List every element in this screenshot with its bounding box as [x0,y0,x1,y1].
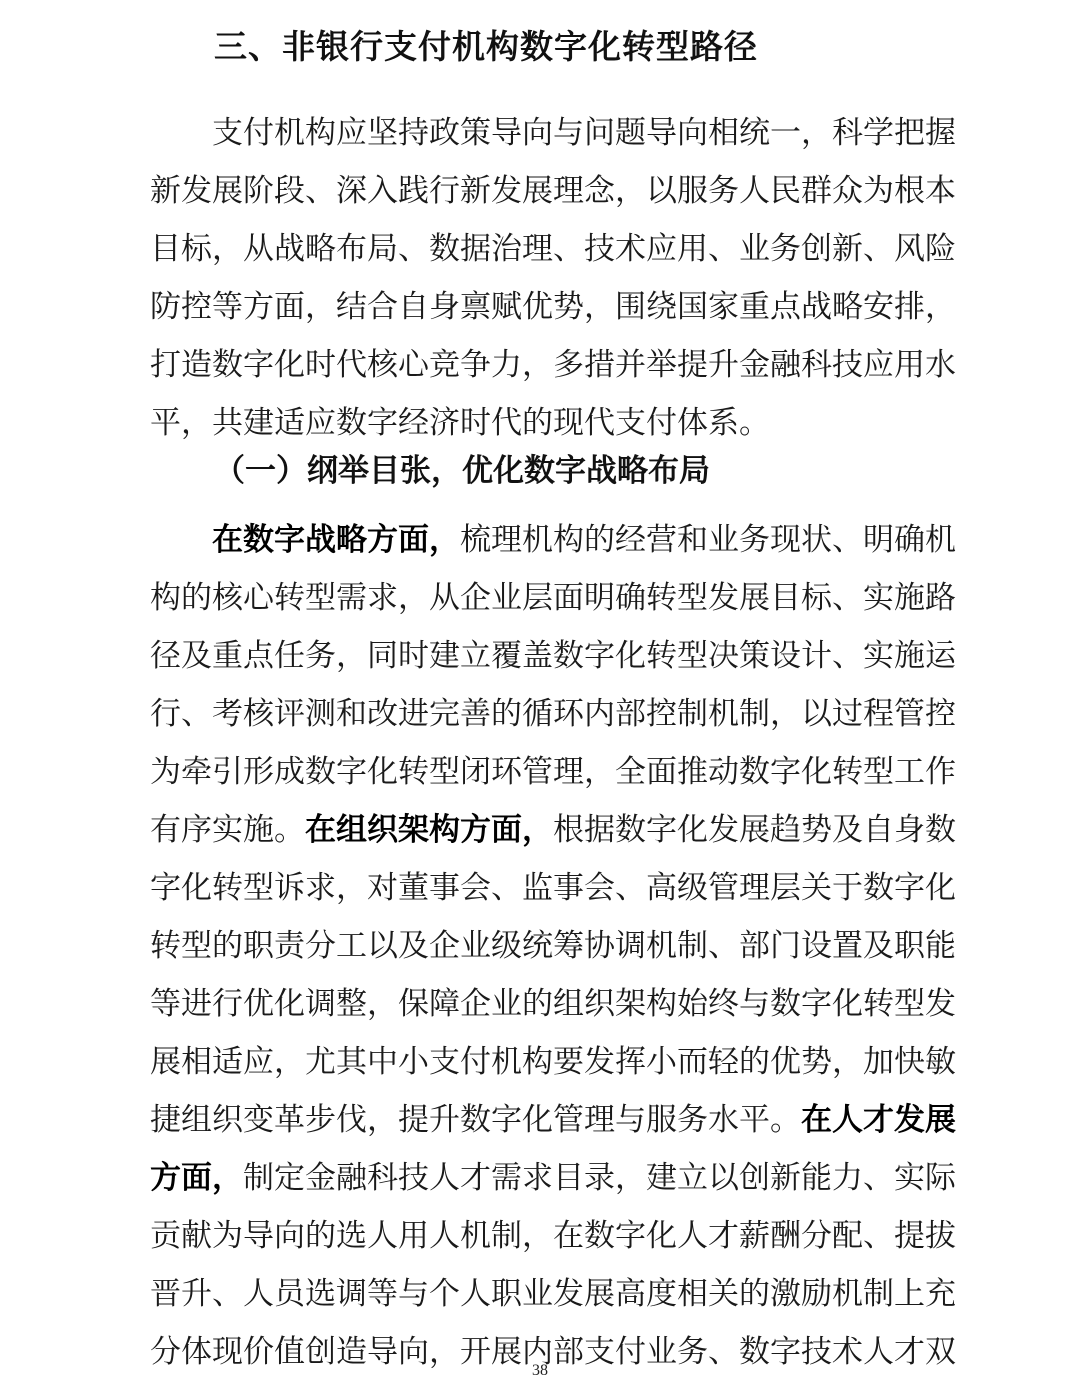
bold-lead: 方面， [150,1160,243,1196]
paragraph-line: 平，共建适应数字经济时代的现代支付体系。 [150,398,956,448]
bold-lead: 在数字战略方面， [212,522,460,558]
section-heading: 三、非银行支付机构数字化转型路径 [214,22,758,72]
paragraph-line: 字化转型诉求，对董事会、监事会、高级管理层关于数字化 [150,863,956,913]
paragraph-line: 新发展阶段、深入践行新发展理念，以服务人民群众为根本 [150,166,956,216]
page-number: 38 [0,1362,1080,1380]
subsection-heading: （一）纲举目张，优化数字战略布局 [214,446,710,496]
bold-lead: 在人才发展 [801,1102,956,1138]
paragraph-line: 径及重点任务，同时建立覆盖数字化转型决策设计、实施运 [150,631,956,681]
paragraph-line: 支付机构应坚持政策导向与问题导向相统一，科学把握 [212,108,956,158]
bold-lead: 在组织架构方面， [305,812,553,848]
line-text: 根据数字化发展趋势及自身数 [553,812,956,848]
line-text: 制定金融科技人才需求目录，建立以创新能力、实际 [243,1160,956,1196]
paragraph-line: 捷组织变革步伐，提升数字化管理与服务水平。在人才发展 [150,1095,956,1145]
paragraph-line: 等进行优化调整，保障企业的组织架构始终与数字化转型发 [150,979,956,1029]
paragraph-line: 转型的职责分工以及企业级统筹协调机制、部门设置及职能 [150,921,956,971]
paragraph-line: 目标，从战略布局、数据治理、技术应用、业务创新、风险 [150,224,956,274]
paragraph-line: 行、考核评测和改进完善的循环内部控制机制，以过程管控 [150,689,956,739]
paragraph-line: 方面，制定金融科技人才需求目录，建立以创新能力、实际 [150,1153,956,1203]
paragraph-line: 防控等方面，结合自身禀赋优势，围绕国家重点战略安排， [150,282,956,332]
paragraph-line: 有序实施。在组织架构方面，根据数字化发展趋势及自身数 [150,805,956,855]
line-text: 捷组织变革步伐，提升数字化管理与服务水平。 [150,1102,801,1138]
line-text: 有序实施。 [150,812,305,848]
paragraph-line: 打造数字化时代核心竞争力，多措并举提升金融科技应用水 [150,340,956,390]
paragraph-line: 展相适应，尤其中小支付机构要发挥小而轻的优势，加快敏 [150,1037,956,1087]
paragraph-line: 贡献为导向的选人用人机制，在数字化人才薪酬分配、提拔 [150,1211,956,1261]
paragraph-line: 构的核心转型需求，从企业层面明确转型发展目标、实施路 [150,573,956,623]
paragraph-line: 晋升、人员选调等与个人职业发展高度相关的激励机制上充 [150,1269,956,1319]
document-page: 三、非银行支付机构数字化转型路径 支付机构应坚持政策导向与问题导向相统一，科学把… [0,0,1080,1398]
paragraph-line: 为牵引形成数字化转型闭环管理，全面推动数字化转型工作 [150,747,956,797]
paragraph-line: 在数字战略方面，梳理机构的经营和业务现状、明确机 [212,515,956,565]
line-text: 梳理机构的经营和业务现状、明确机 [460,522,956,558]
